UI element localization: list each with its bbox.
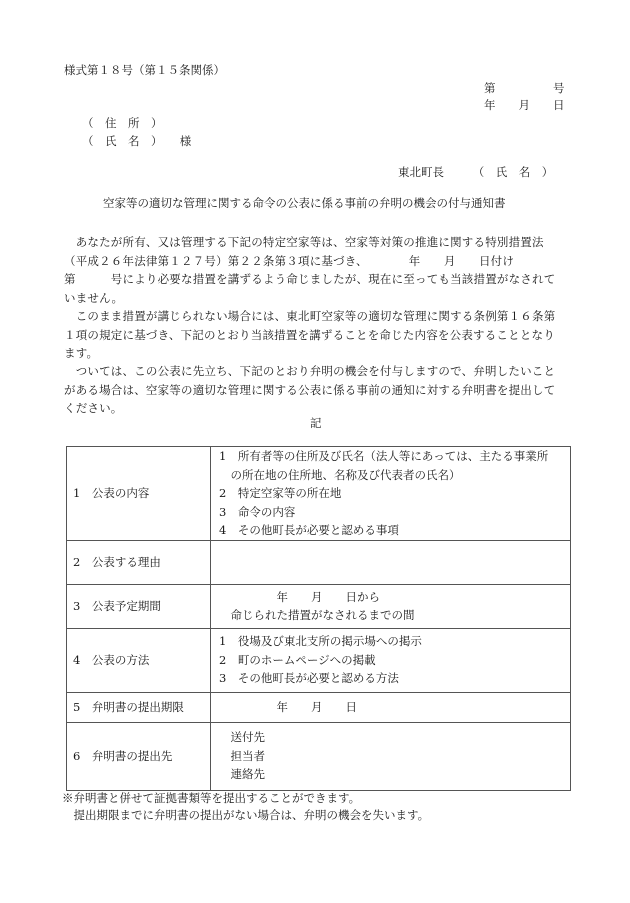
row-label: 1 公表の内容	[67, 447, 211, 541]
paragraph-line: ついては、この公表に先立ち、下記のとおり弁明の機会を付与しますので、弁明したいこ…	[64, 362, 574, 381]
content-line: 連絡先	[219, 765, 570, 784]
content-line: 3 その他町長が必要と認める方法	[219, 669, 570, 688]
paragraph-line: がある場合は、空家等の適切な管理に関する公表に係る事前の通知に対する弁明書を提出…	[64, 381, 574, 400]
table-row: 5 弁明書の提出期限 年 月 日	[67, 692, 571, 722]
form-number: 様式第１８号（第１５条関係）	[64, 61, 225, 79]
paragraph-line: このまま措置が講じられない場合には、東北町空家等の適切な管理に関する条例第１６条…	[64, 307, 574, 326]
paragraph-line: １項の規定に基づき、下記のとおり当該措置を講ずることを命じた内容を公表することと…	[64, 326, 574, 345]
note-1: ※弁明書と併せて証拠書類等を提出することができます。	[62, 789, 360, 807]
paragraph-1: あなたが所有、又は管理する下記の特定空家等は、空家等対策の推進に関する特別措置法…	[64, 233, 574, 307]
paragraph-2: このまま措置が講じられない場合には、東北町空家等の適切な管理に関する条例第１６条…	[64, 307, 574, 363]
content-line: 年 月 日	[219, 698, 570, 717]
document-number: 第 号	[484, 79, 565, 97]
table-row: 2 公表する理由	[67, 540, 571, 584]
row-content	[211, 540, 571, 584]
content-line: 送付先	[219, 728, 570, 747]
content-line: 命じられた措置がなされるまでの間	[219, 606, 570, 625]
content-line: 1 役場及び東北支所の掲示場への掲示	[219, 632, 570, 651]
row-content: 年 月 日から 命じられた措置がなされるまでの間	[211, 584, 571, 628]
table-row: 3 公表予定期間 年 月 日から 命じられた措置がなされるまでの間	[67, 584, 571, 628]
row-content: 1 役場及び東北支所の掲示場への掲示 2 町のホームページへの掲載 3 その他町…	[211, 628, 571, 692]
row-content: 1 所有者等の住所及び氏名（法人等にあっては、主たる事業所 の所在地の住所地、名…	[211, 447, 571, 541]
row-label: 4 公表の方法	[67, 628, 211, 692]
recipient-address: （ 住 所 ）	[82, 114, 163, 132]
document-title: 空家等の適切な管理に関する命令の公表に係る事前の弁明の機会の付与通知書	[103, 194, 506, 212]
recipient-name: （ 氏 名 ） 様	[82, 132, 191, 150]
paragraph-line: 第 号により必要な措置を講ずるよう命じましたが、現在に至っても当該措置がなされて	[64, 270, 574, 289]
content-line: 2 特定空家等の所在地	[219, 484, 570, 503]
paragraph-3: ついては、この公表に先立ち、下記のとおり弁明の機会を付与しますので、弁明したいこ…	[64, 362, 574, 418]
content-line: 3 命令の内容	[219, 503, 570, 522]
row-content: 年 月 日	[211, 692, 571, 722]
paragraph-line: （平成２６年法律第１２７号）第２２条第３項に基づき、 年 月 日付け	[64, 252, 574, 271]
paragraph-line: いません。	[64, 289, 574, 308]
row-content: 送付先 担当者 連絡先	[211, 722, 571, 790]
sender-name: 東北町長 （ 氏 名 ）	[398, 163, 553, 181]
table-row: 1 公表の内容 1 所有者等の住所及び氏名（法人等にあっては、主たる事業所 の所…	[67, 447, 571, 541]
content-line: 1 所有者等の住所及び氏名（法人等にあっては、主たる事業所	[219, 447, 570, 466]
row-label: 2 公表する理由	[67, 540, 211, 584]
content-line: の所在地の住所地、名称及び代表者の氏名）	[219, 466, 570, 485]
row-label: 6 弁明書の提出先	[67, 722, 211, 790]
table-row: 4 公表の方法 1 役場及び東北支所の掲示場への掲示 2 町のホームページへの掲…	[67, 628, 571, 692]
note-2: 提出期限までに弁明書の提出がない場合は、弁明の機会を失います。	[62, 806, 429, 824]
document-date: 年 月 日	[484, 96, 565, 114]
ki-heading: 記	[310, 414, 322, 432]
content-line: 2 町のホームページへの掲載	[219, 651, 570, 670]
content-line: 年 月 日から	[219, 588, 570, 607]
content-line: 担当者	[219, 747, 570, 766]
content-line: 4 その他町長が必要と認める事項	[219, 521, 570, 540]
row-label: 5 弁明書の提出期限	[67, 692, 211, 722]
table-row: 6 弁明書の提出先 送付先 担当者 連絡先	[67, 722, 571, 790]
paragraph-line: あなたが所有、又は管理する下記の特定空家等は、空家等対策の推進に関する特別措置法	[64, 233, 574, 252]
paragraph-line: ます。	[64, 344, 574, 363]
row-label: 3 公表予定期間	[67, 584, 211, 628]
details-table: 1 公表の内容 1 所有者等の住所及び氏名（法人等にあっては、主たる事業所 の所…	[66, 446, 571, 791]
